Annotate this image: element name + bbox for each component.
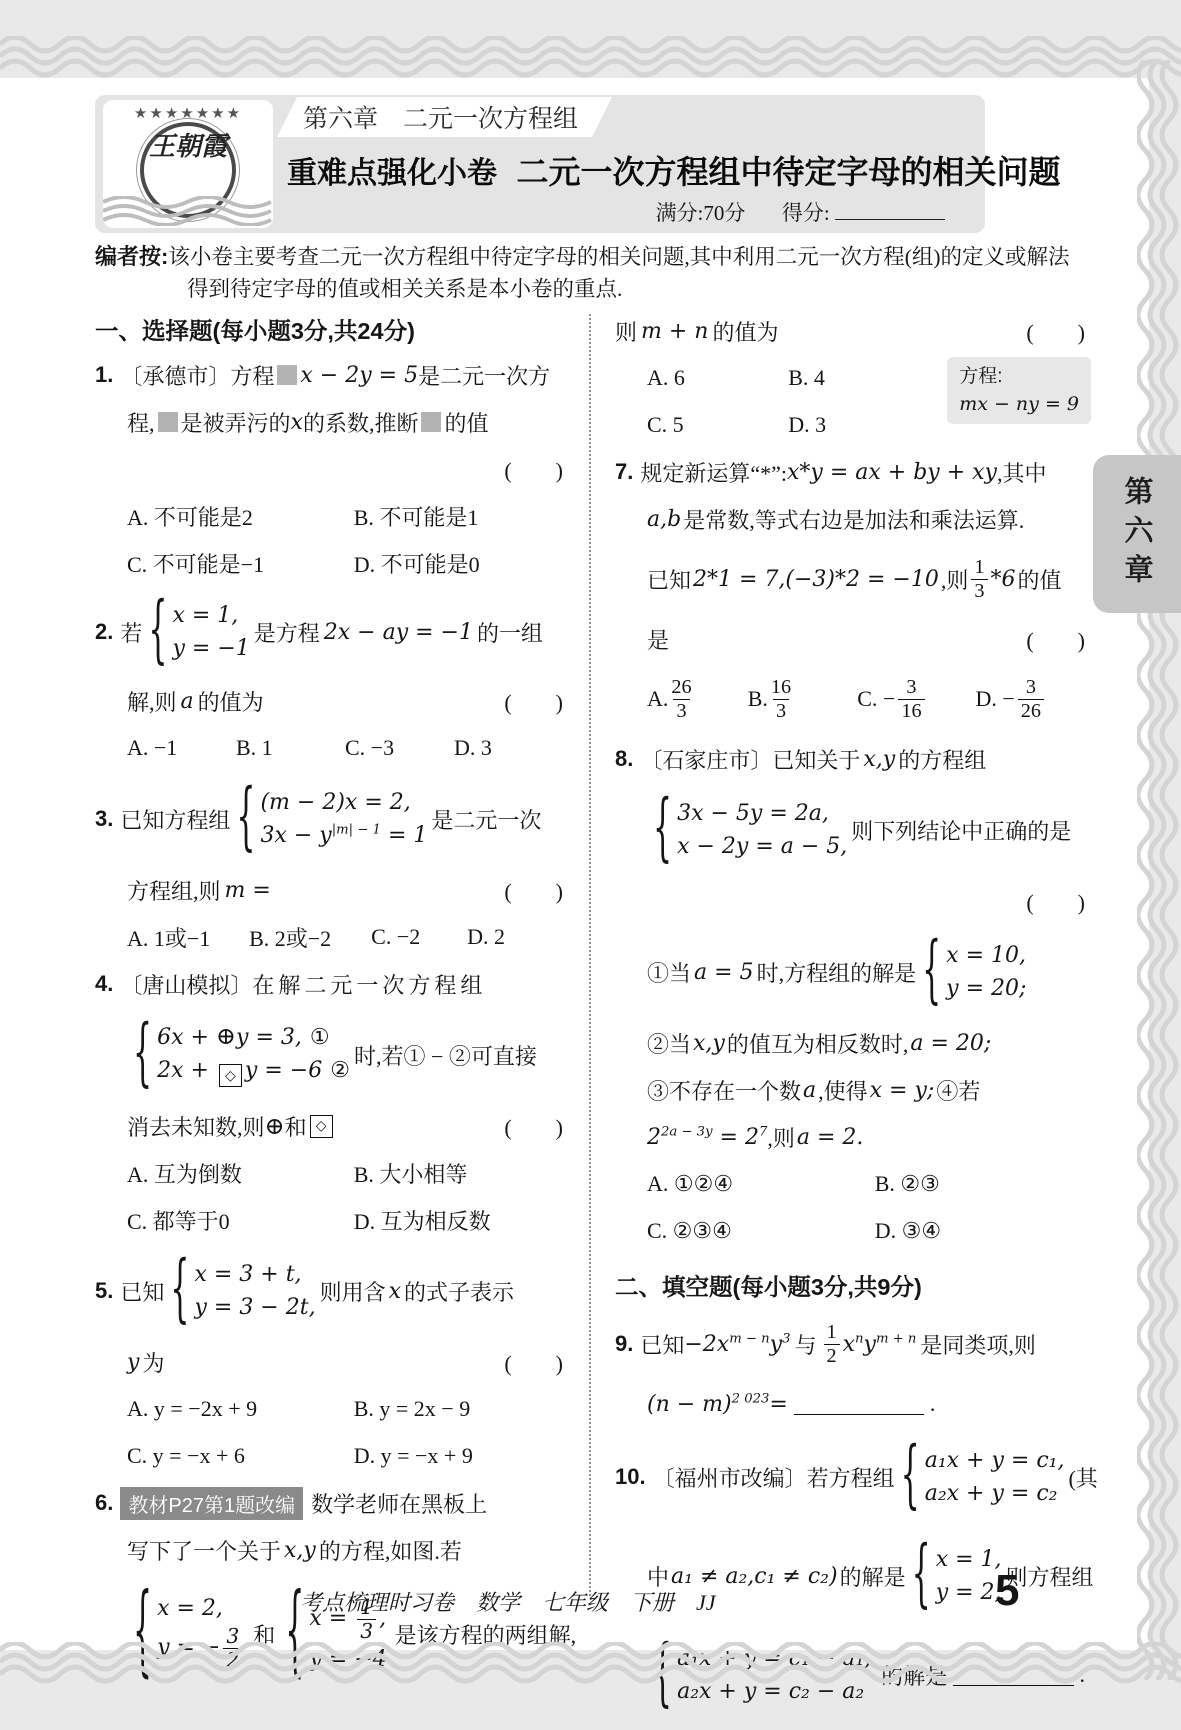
page-title: 重难点强化小卷 二元一次方程组中待定字母的相关问题 <box>287 147 977 193</box>
q7-math: a,b <box>647 507 681 532</box>
brace-glyph: { <box>912 1539 931 1613</box>
q8-item4: 22a − 3y = 27 <box>647 1125 767 1150</box>
answer-paren: ( ) <box>504 686 563 717</box>
q1-option-a: A. 不可能是2 <box>127 501 354 532</box>
editor-note-label: 编者按: <box>95 244 168 269</box>
q3-exponent: |m| − 1 <box>332 822 381 837</box>
q3-option-d: D. 2 <box>467 924 528 950</box>
q8-item1: 时,方程组的解是 <box>757 957 917 988</box>
q8-sol-x: x = 10, <box>946 943 1026 968</box>
q2-math: 2x − ay = −1 <box>324 620 473 645</box>
q9-text: . <box>930 1391 936 1417</box>
q9-monomial-2: xnym + n <box>843 1332 917 1357</box>
fraction: 326 <box>1018 676 1044 722</box>
q1-text: 的系数,推断 <box>303 407 419 438</box>
q1-option-c: C. 不可能是−1 <box>127 548 354 579</box>
right-column: 则 m + n 的值为 ( ) A. 6 B. 4 C. 5 D. 3 <box>615 310 1085 1729</box>
q8-item3: ③不存在一个数 <box>647 1075 801 1106</box>
q8-math: a <box>803 1078 816 1103</box>
q6-sol1-x: x = 2, <box>157 1596 245 1621</box>
q1-number: 1. <box>95 362 113 388</box>
q8-tag: 〔石家庄市〕 <box>640 744 772 775</box>
solution-pair: { x = 10, y = 20; <box>920 943 1026 1001</box>
q10-sol-x: x = 1, <box>936 1547 1002 1572</box>
q2-eq2: y = −1 <box>172 636 249 661</box>
q2-option-b: B. 1 <box>236 735 345 761</box>
q2-text: 解,则 <box>127 686 177 717</box>
q5-option-c: C. y = −x + 6 <box>127 1443 354 1469</box>
equation-system: { x = 3 + t, y = 3 − 2t, <box>168 1262 315 1320</box>
fraction: 163 <box>771 676 791 722</box>
q4-option-c: C. 都等于0 <box>127 1205 354 1236</box>
blot-square-icon <box>421 412 441 432</box>
question-3: 3. 已知方程组 { (m − 2)x = 2, 3x − y|m| − 1 =… <box>95 776 563 956</box>
worksheet-page: ★★★★★★★ 王朝霞 第六章 二元一次方程组 重难点强化小卷 二元一次方程组中… <box>0 78 1149 1650</box>
equation-label-2: ② <box>330 1058 350 1083</box>
chapter-tab-label: 第六章 二元一次方程组 <box>303 99 578 135</box>
q4-eq1: 6x + ⊕y = 3,① <box>157 1023 350 1051</box>
q8-sol-y: y = 20; <box>946 976 1026 1001</box>
brace-glyph: { <box>236 782 255 856</box>
logo-stars-icon: ★★★★★★★ <box>103 104 273 123</box>
q8-item3: ④若 <box>936 1075 980 1106</box>
fraction: 12 <box>824 1321 840 1367</box>
q4-eq2: 2x + ◇y = −6② <box>157 1058 350 1088</box>
q9-math: (n − m)2 023 <box>647 1392 769 1417</box>
q5-number: 5. <box>95 1278 113 1304</box>
editor-note: 编者按:该小卷主要考查二元一次方程组中待定字母的相关问题,其中利用二元一次方程(… <box>95 241 1079 305</box>
q10-eq2: a₂x + y = c₂ <box>925 1481 1065 1506</box>
q4-text: 在解二元一次方程组 <box>252 969 486 1000</box>
brace-glyph: { <box>170 1254 189 1328</box>
equation-system: { a₁x + y = c₁, a₂x + y = c₂ <box>899 1448 1065 1506</box>
editor-note-text: 该小卷主要考查二元一次方程组中待定字母的相关问题,其中利用二元一次方程(组)的定… <box>168 245 1069 301</box>
circled-plus-icon: ⊕ <box>216 1022 236 1050</box>
q8-option-d: D. ③④ <box>875 1218 1085 1244</box>
q4-text: 和 <box>285 1111 307 1142</box>
equation-system: { 6x + ⊕y = 3,① 2x + ◇y = −6② <box>131 1023 350 1087</box>
q9-exponent: 2 023 <box>732 1391 770 1406</box>
full-score-label: 满分:70分 <box>656 201 746 225</box>
q1-text: 程, <box>127 407 155 438</box>
q8-item2: 的值互为相反数时, <box>727 1028 909 1059</box>
q9-exponent: n <box>855 1331 864 1346</box>
q2-math: a <box>181 689 194 714</box>
q4-option-d: D. 互为相反数 <box>354 1205 563 1236</box>
bottom-wave-border <box>0 1642 1181 1694</box>
fraction: 316 <box>898 676 924 722</box>
q7-option-d: D. −326 <box>975 676 1085 722</box>
brace-glyph: { <box>148 595 167 669</box>
q8-exponent: 7 <box>759 1124 767 1139</box>
q5-eq1: x = 3 + t, <box>194 1262 315 1287</box>
logo-wave-icon <box>103 196 273 226</box>
q8-text: 已知关于 <box>772 744 860 775</box>
answer-paren: ( ) <box>504 875 563 906</box>
q8-math: a = 20; <box>910 1031 991 1056</box>
q5-math: x <box>389 1279 401 1304</box>
q3-option-b: B. 2或−2 <box>249 922 371 953</box>
q3-number: 3. <box>95 806 113 832</box>
score-blank <box>835 201 945 220</box>
q2-text: 是方程 <box>254 617 320 648</box>
q7-text: 规定新运算“*”: <box>640 457 787 488</box>
q8-item3: ,使得 <box>818 1075 868 1106</box>
q7-text: 已知 <box>647 564 691 595</box>
q10-eq1: a₁x + y = c₁, <box>925 1448 1065 1473</box>
q7-option-a: A.263 <box>647 676 748 722</box>
right-wave-border <box>1137 60 1181 1680</box>
q6-number: 6. <box>95 1490 113 1516</box>
q1-tag: 〔承德市〕 <box>120 360 230 391</box>
q10-sol-y: y = 2, <box>936 1580 1002 1605</box>
question-8: 8. 〔石家庄市〕 已知关于 x,y 的方程组 { 3x − 5y = 2a, … <box>615 740 1085 1250</box>
q8-item2: ②当 <box>647 1028 691 1059</box>
q5-option-b: B. y = 2x − 9 <box>354 1396 563 1422</box>
book-footer: 考点梳理时习卷 数学 七年级 下册 JJ <box>300 1586 716 1617</box>
question-1: 1. 〔承德市〕 方程 x − 2y = 5 是二元一次方 程, 是被弄污的 x… <box>95 356 563 582</box>
q2-text: 的值为 <box>198 686 264 717</box>
q4-text: 时,若① − ②可直接 <box>354 1040 537 1071</box>
page-number: 5 <box>995 1566 1019 1616</box>
section1-title: 一、选择题(每小题3分,共24分) <box>95 312 563 346</box>
q4-option-b: B. 大小相等 <box>354 1158 563 1189</box>
blot-square-icon <box>277 365 297 385</box>
q8-math: a = 5 <box>694 960 754 985</box>
q2-option-d: D. 3 <box>454 735 563 761</box>
q2-text: 的一组 <box>477 617 543 648</box>
chapter-side-tab-label: 第六章 <box>1117 476 1158 593</box>
boxed-diamond-icon: ◇ <box>219 1064 242 1087</box>
score-line: 满分:70分 得分: <box>656 197 945 227</box>
answer-blank <box>794 1394 924 1415</box>
q8-math: x,y <box>863 747 895 772</box>
q7-text: ,则 <box>941 564 969 595</box>
q10-math: a₁ ≠ a₂,c₁ ≠ c₂) <box>671 1564 838 1589</box>
answer-paren: ( ) <box>504 1111 563 1142</box>
question-9: 9. 已知 −2xm − ny3 与 12 xnym + n 是同类项,则 (n… <box>615 1312 1085 1423</box>
equation-system: { 3x − 5y = 2a, x − 2y = a − 5, <box>651 801 847 859</box>
question-6-continued: 则 m + n 的值为 ( ) A. 6 B. 4 C. 5 D. 3 <box>615 312 1085 444</box>
fraction: 263 <box>671 676 691 722</box>
equation-system: { (m − 2)x = 2, 3x − y|m| − 1 = 1 <box>234 790 427 848</box>
q8-text: 的方程组 <box>898 744 986 775</box>
q6-text: 写下了一个关于 <box>127 1535 281 1566</box>
q10-tag: 〔福州市改编〕 <box>653 1462 807 1493</box>
q2-option-a: A. −1 <box>127 735 236 761</box>
q6-text: 的方程,如图.若 <box>319 1535 462 1566</box>
q8-exponent: 2a − 3y <box>661 1124 713 1139</box>
q1-text: 是二元一次方 <box>418 360 550 391</box>
brace-glyph: { <box>901 1440 920 1514</box>
score-label: 得分: <box>782 201 830 225</box>
fraction: 13 <box>971 556 987 602</box>
answer-paren: ( ) <box>1026 886 1085 917</box>
brace-glyph: { <box>653 793 672 867</box>
q10-text: (其 <box>1068 1462 1097 1493</box>
q3-text: 是二元一次 <box>431 804 541 835</box>
answer-paren: ( ) <box>504 454 563 485</box>
q9-number: 9. <box>615 1331 633 1357</box>
q8-option-b: B. ②③ <box>875 1171 1085 1197</box>
blackboard-note: 方程: mx − ny = 9 <box>947 357 1091 424</box>
q8-math: x = y; <box>870 1078 935 1103</box>
brace-glyph: { <box>133 1018 152 1092</box>
q7-option-b: B.163 <box>748 676 858 722</box>
q1-text: 方程 <box>230 360 274 391</box>
q9-exponent: m + n <box>876 1331 916 1346</box>
q7-math: x*y = ax + by + xy <box>787 460 997 485</box>
q1-text: 是被弄污的 <box>181 407 291 438</box>
q8-option-c: C. ②③④ <box>647 1218 875 1244</box>
title-prefix: 重难点强化小卷 <box>287 157 497 190</box>
q5-text: 已知 <box>120 1276 164 1307</box>
q3-text: 已知方程组 <box>120 804 230 835</box>
q9-exponent: m − n <box>729 1331 769 1346</box>
left-column: 一、选择题(每小题3分,共24分) 1. 〔承德市〕 方程 x − 2y = 5… <box>95 310 563 1729</box>
q1-option-d: D. 不可能是0 <box>354 548 563 579</box>
solution-pair: { x = 1, y = 2, <box>910 1547 1002 1605</box>
q1-math: x − 2y = 5 <box>300 363 418 388</box>
textbook-ref-badge: 教材P27第1题改编 <box>120 1487 303 1520</box>
header-panel: ★★★★★★★ 王朝霞 第六章 二元一次方程组 重难点强化小卷 二元一次方程组中… <box>95 95 985 233</box>
q8-math: x,y <box>693 1031 725 1056</box>
q9-text: = <box>769 1392 787 1417</box>
q5-text: 的式子表示 <box>404 1276 514 1307</box>
q2-number: 2. <box>95 619 113 645</box>
q8-number: 8. <box>615 746 633 772</box>
circled-plus-icon: ⊕ <box>265 1112 285 1141</box>
q4-option-a: A. 互为倒数 <box>127 1158 354 1189</box>
question-5: 5. 已知 { x = 3 + t, y = 3 − 2t, 则用含 x 的式子… <box>95 1248 563 1475</box>
q9-exponent: 3 <box>782 1331 790 1346</box>
note-label: 方程: <box>959 364 1079 390</box>
blot-square-icon <box>158 412 178 432</box>
q8-eq1: 3x − 5y = 2a, <box>677 801 847 826</box>
q9-monomial-1: −2xm − ny3 <box>684 1332 790 1357</box>
q5-option-d: D. y = −x + 9 <box>354 1443 563 1469</box>
q1-option-b: B. 不可能是1 <box>354 501 563 532</box>
q7-option-c: C. −316 <box>857 676 975 722</box>
q6-option-a: A. 6 <box>647 365 788 391</box>
equation-label-1: ① <box>310 1025 330 1050</box>
q9-text: 已知 <box>640 1329 684 1360</box>
q5-text: 为 <box>142 1347 164 1378</box>
q5-math: y <box>127 1350 139 1375</box>
q10-text: 若方程组 <box>807 1462 895 1493</box>
question-4: 4. 〔唐山模拟〕 在解二元一次方程组 { 6x + ⊕y = 3,① 2x +… <box>95 965 563 1239</box>
q5-option-a: A. y = −2x + 9 <box>127 1396 354 1422</box>
q3-text: 方程组,则 <box>127 875 221 906</box>
chapter-tab: 第六章 二元一次方程组 <box>277 97 612 137</box>
q8-eq2: x − 2y = a − 5, <box>677 834 847 859</box>
q3-eq2: 3x − y|m| − 1 = 1 <box>260 823 427 848</box>
answer-paren: ( ) <box>1026 316 1085 347</box>
content-columns: 一、选择题(每小题3分,共24分) 1. 〔承德市〕 方程 x − 2y = 5… <box>95 310 1087 1729</box>
q8-item1: ①当 <box>647 957 691 988</box>
q5-eq2: y = 3 − 2t, <box>194 1295 315 1320</box>
q2-option-c: C. −3 <box>345 735 454 761</box>
q6-text: 数学老师在黑板上 <box>311 1488 487 1519</box>
q4-text: 消去未知数,则 <box>127 1111 265 1142</box>
q9-text: 与 <box>794 1329 816 1360</box>
title-main: 二元一次方程组中待定字母的相关问题 <box>517 154 1061 190</box>
q7-math: *6 <box>991 567 1016 592</box>
q6r-text: 的值为 <box>712 316 778 347</box>
q3-option-c: C. −2 <box>371 924 467 950</box>
question-7: 7. 规定新运算“*”: x*y = ax + by + xy ,其中 a,b … <box>615 453 1085 731</box>
chapter-side-tab: 第六章 <box>1093 455 1181 613</box>
q6r-text: 则 <box>615 316 637 347</box>
boxed-diamond-icon: ◇ <box>310 1115 333 1138</box>
q2-eq1: x = 1, <box>172 603 249 628</box>
q1-math: x <box>291 410 303 435</box>
q3-option-a: A. 1或−1 <box>127 922 249 953</box>
q6-option-c: C. 5 <box>647 412 788 438</box>
q7-text: 是 <box>647 624 669 655</box>
section2-title: 二、填空题(每小题3分,共9分) <box>615 1268 1085 1302</box>
q2-text: 若 <box>120 617 142 648</box>
q7-text: ,其中 <box>997 457 1047 488</box>
q4-tag: 〔唐山模拟〕 <box>120 969 252 1000</box>
q4-number: 4. <box>95 971 113 997</box>
brace-glyph: { <box>922 935 941 1009</box>
q6-math: x,y <box>284 1538 316 1563</box>
q8-math: a = 2. <box>797 1125 864 1150</box>
note-equation: mx − ny = 9 <box>959 393 1079 415</box>
column-divider <box>589 314 591 1596</box>
question-2: 2. 若 { x = 1, y = −1 是方程 2x − ay = −1 的一… <box>95 591 563 767</box>
q6-option-b: B. 4 <box>788 365 918 391</box>
equation-system: { x = 1, y = −1 <box>146 603 249 661</box>
q7-text: 是常数,等式右边是加法和乘法运算. <box>683 504 1024 535</box>
q6-option-d: D. 3 <box>788 412 918 438</box>
q8-item4: ,则 <box>767 1122 795 1153</box>
brand-logo: ★★★★★★★ 王朝霞 <box>103 100 273 228</box>
q5-text: 则用含 <box>320 1276 386 1307</box>
q7-text: 的值 <box>1018 564 1062 595</box>
q7-number: 7. <box>615 459 633 485</box>
q3-eq1: (m − 2)x = 2, <box>260 790 427 815</box>
q8-option-a: A. ①②④ <box>647 1171 875 1197</box>
logo-brand-text: 王朝霞 <box>103 126 273 163</box>
q6r-math: m + n <box>641 319 708 344</box>
q10-text: 的解是 <box>840 1561 906 1592</box>
answer-paren: ( ) <box>1026 624 1085 655</box>
q3-math: m = <box>225 878 271 903</box>
q7-math: 2*1 = 7,(−3)*2 = −10 <box>693 567 939 592</box>
q9-text: 是同类项,则 <box>920 1329 1036 1360</box>
answer-paren: ( ) <box>504 1347 563 1378</box>
q10-number: 10. <box>615 1464 646 1490</box>
q8-text: 则下列结论中正确的是 <box>851 815 1071 846</box>
q1-text: 的值 <box>444 407 488 438</box>
